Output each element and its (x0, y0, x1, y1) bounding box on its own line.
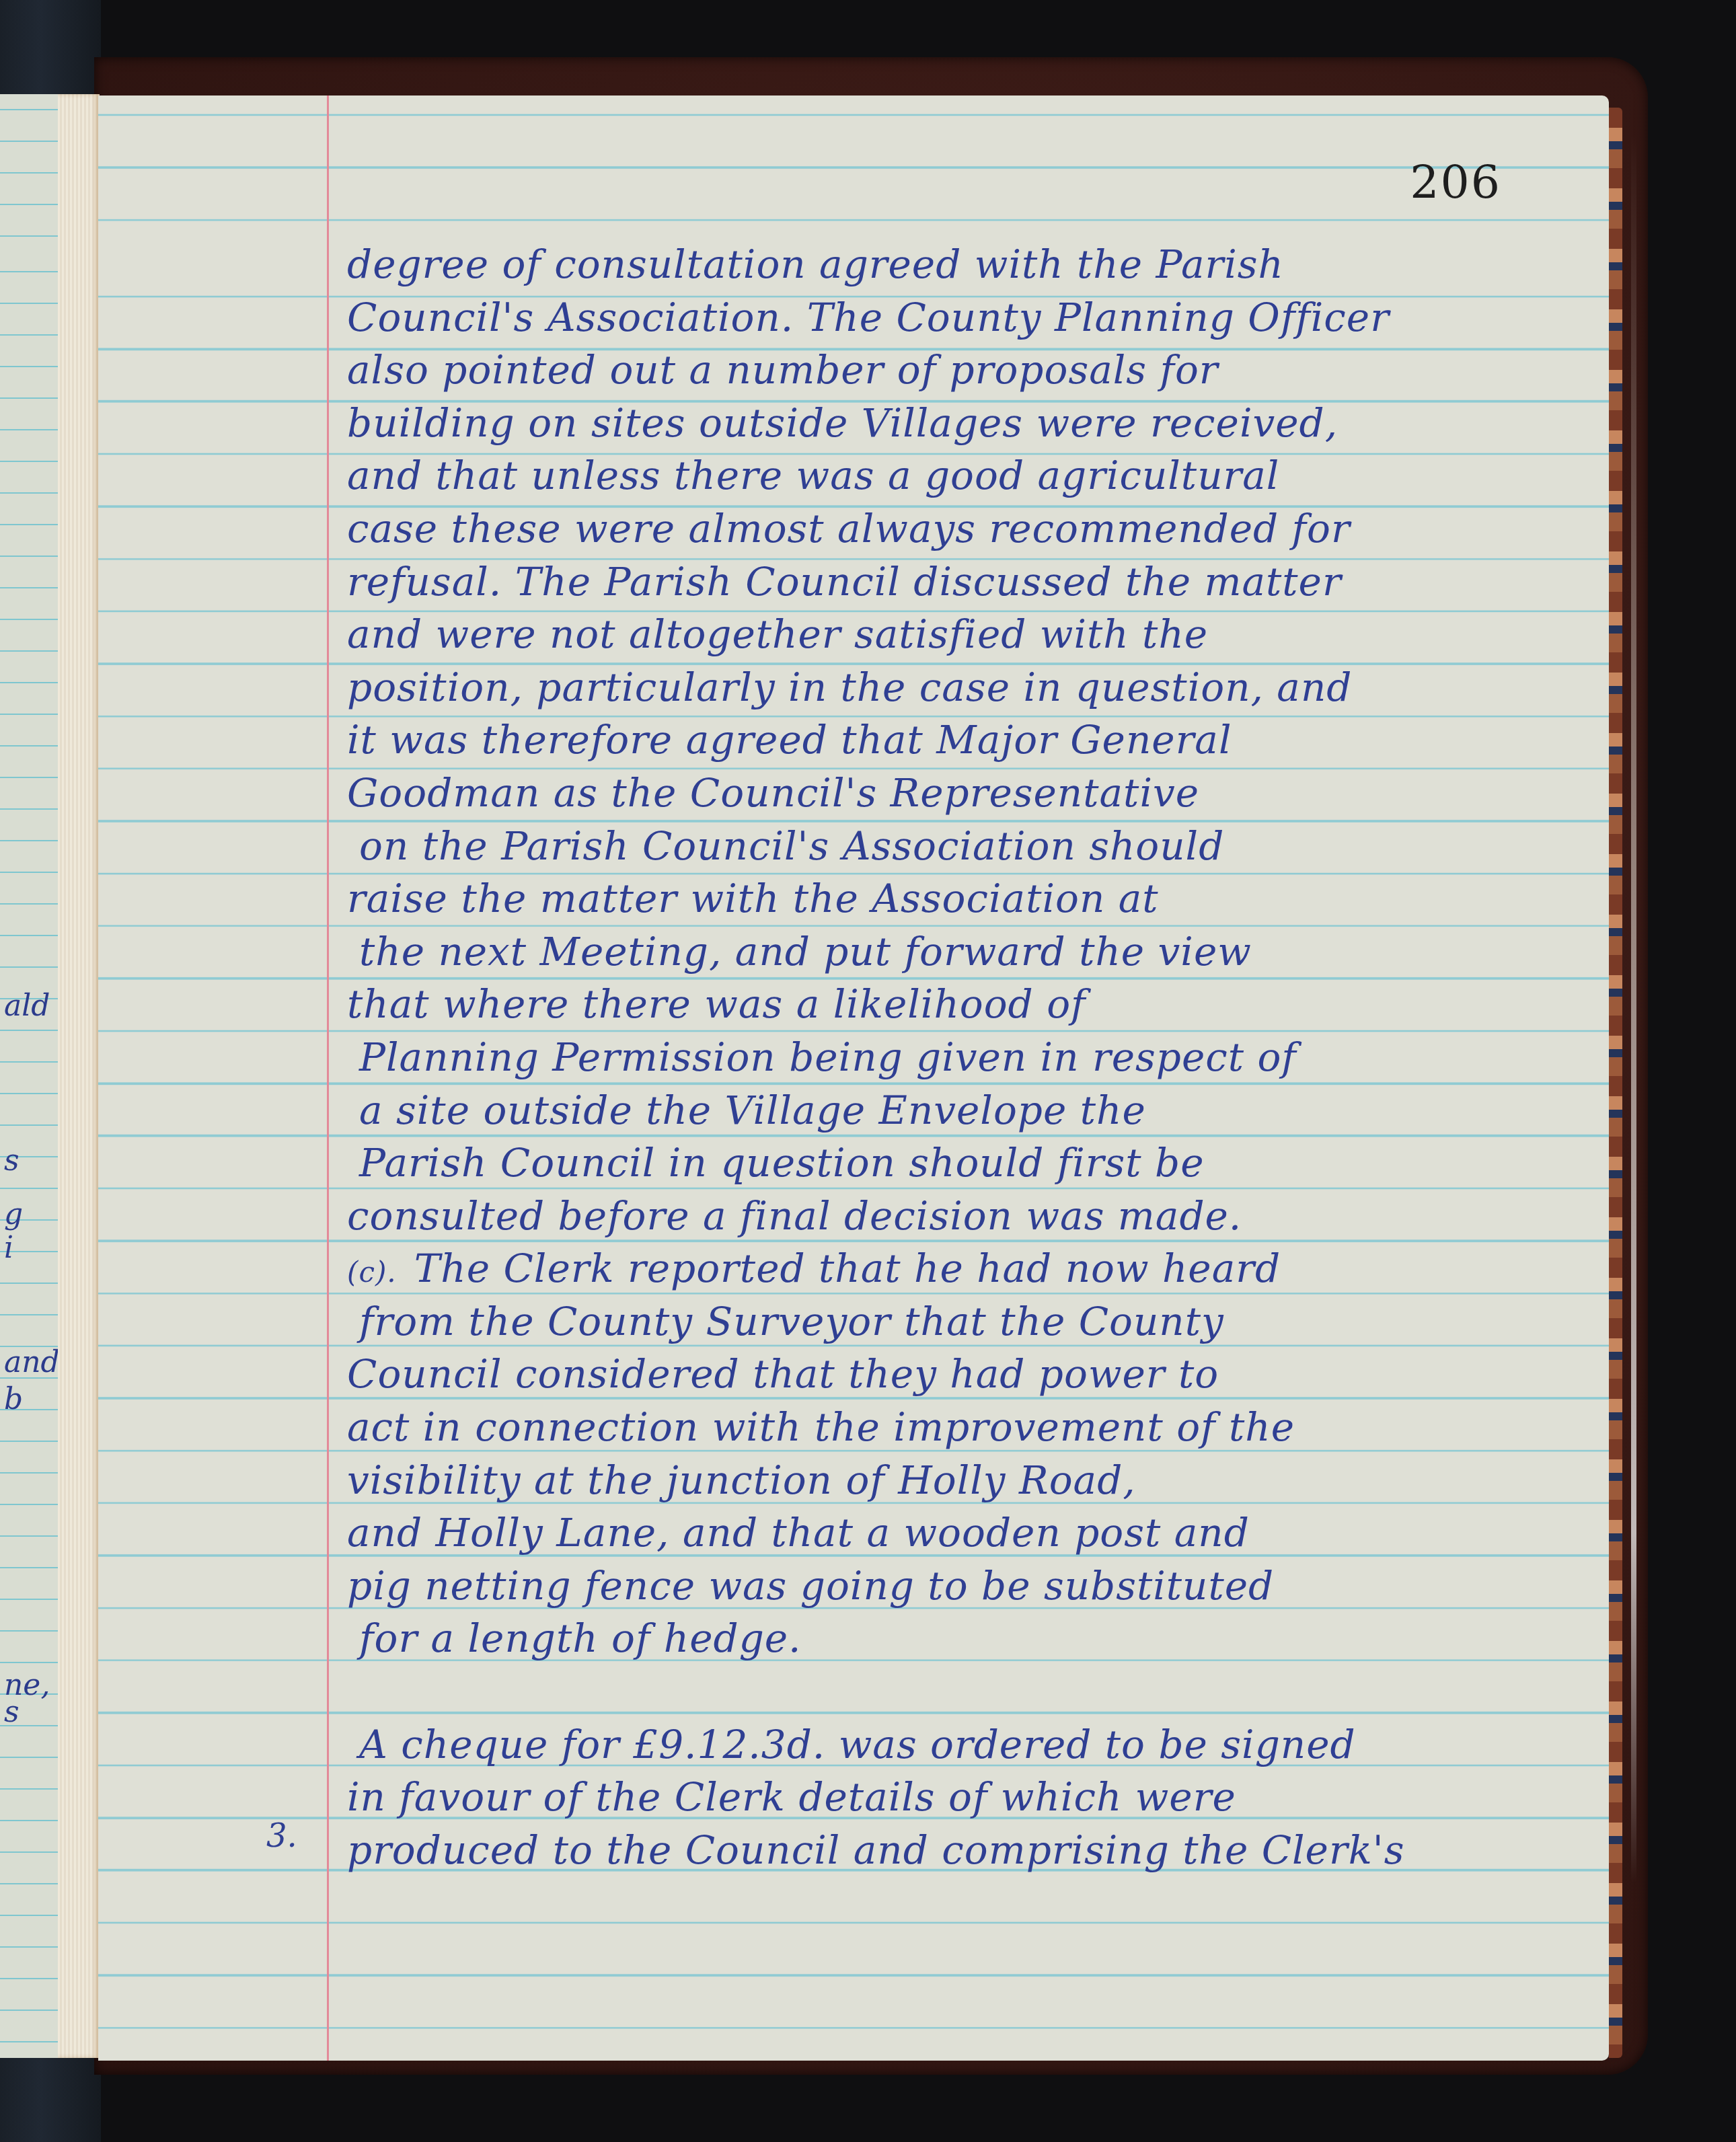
left-page-fragment: and (4, 1345, 60, 1379)
left-page-fragment: g (4, 1197, 23, 1231)
left-page-fragment: i (4, 1231, 13, 1265)
left-page-fragment: b (4, 1382, 23, 1416)
item-c-line: and Holly Lane, and that a wooden post a… (347, 1506, 1551, 1560)
text-line: a site outside the Village Envelope the (347, 1084, 1551, 1137)
item-3-line: produced to the Council and comprising t… (347, 1824, 1551, 1877)
text-line: Goodman as the Council's Representative (347, 767, 1551, 820)
text-line: position, particularly in the case in qu… (347, 661, 1551, 714)
text-line: Planning Permission being given in respe… (347, 1031, 1551, 1084)
item-3-number: 3. (266, 1817, 297, 1855)
marbled-page-edge (1609, 108, 1622, 2058)
text-line: it was therefore agreed that Major Gener… (347, 714, 1551, 767)
text-line: the next Meeting, and put forward the vi… (347, 925, 1551, 979)
text-line: on the Parish Council's Association shou… (347, 820, 1551, 873)
text-line: Council's Association. The County Planni… (347, 291, 1551, 344)
item-c-line: Council considered that they had power t… (347, 1348, 1551, 1401)
item-c-line: pig netting fence was going to be substi… (347, 1560, 1551, 1613)
item-c-line: act in connection with the improvement o… (347, 1401, 1551, 1454)
text-line: degree of consultation agreed with the P… (347, 238, 1551, 291)
text-line: case these were almost always recommende… (347, 502, 1551, 556)
page-number: 206 (1410, 156, 1501, 209)
minute-book-page: 206 degree of consultation agreed with t… (98, 95, 1609, 2061)
item-3-line: in favour of the Clerk details of which … (347, 1771, 1551, 1824)
left-page-edge: ald s g i and b ne, s (0, 94, 67, 2058)
text-line: and that unless there was a good agricul… (347, 449, 1551, 502)
text-line: Parish Council in question should first … (347, 1137, 1551, 1190)
cover-highlight (1631, 135, 1636, 1883)
text-line: building on sites outside Villages were … (347, 397, 1551, 450)
text-line: also pointed out a number of proposals f… (347, 344, 1551, 397)
text-line: that where there was a likelihood of (347, 978, 1551, 1031)
handwritten-text: degree of consultation agreed with the P… (347, 238, 1551, 1876)
left-page-fragment: s (4, 1143, 20, 1178)
item-3-line: A cheque for £9.12.3d. was ordered to be… (347, 1718, 1551, 1771)
text-line: consulted before a final decision was ma… (347, 1190, 1551, 1243)
left-page-fragment: s (4, 1695, 20, 1729)
item-c-line: from the County Surveyor that the County (347, 1295, 1551, 1348)
left-page-fragment: ald (4, 989, 50, 1023)
margin-rule (327, 95, 329, 2061)
bookmark-ribbon (58, 94, 100, 2058)
item-c-line: visibility at the junction of Holly Road… (347, 1454, 1551, 1507)
item-c-line: for a length of hedge. (347, 1612, 1551, 1665)
text-line: refusal. The Parish Council discussed th… (347, 556, 1551, 609)
item-c-number: (c). (347, 1256, 397, 1289)
text-line: and were not altogether satisfied with t… (347, 608, 1551, 661)
item-c-line: (c).The Clerk reported that he had now h… (347, 1242, 1551, 1295)
text-line: raise the matter with the Association at (347, 872, 1551, 925)
